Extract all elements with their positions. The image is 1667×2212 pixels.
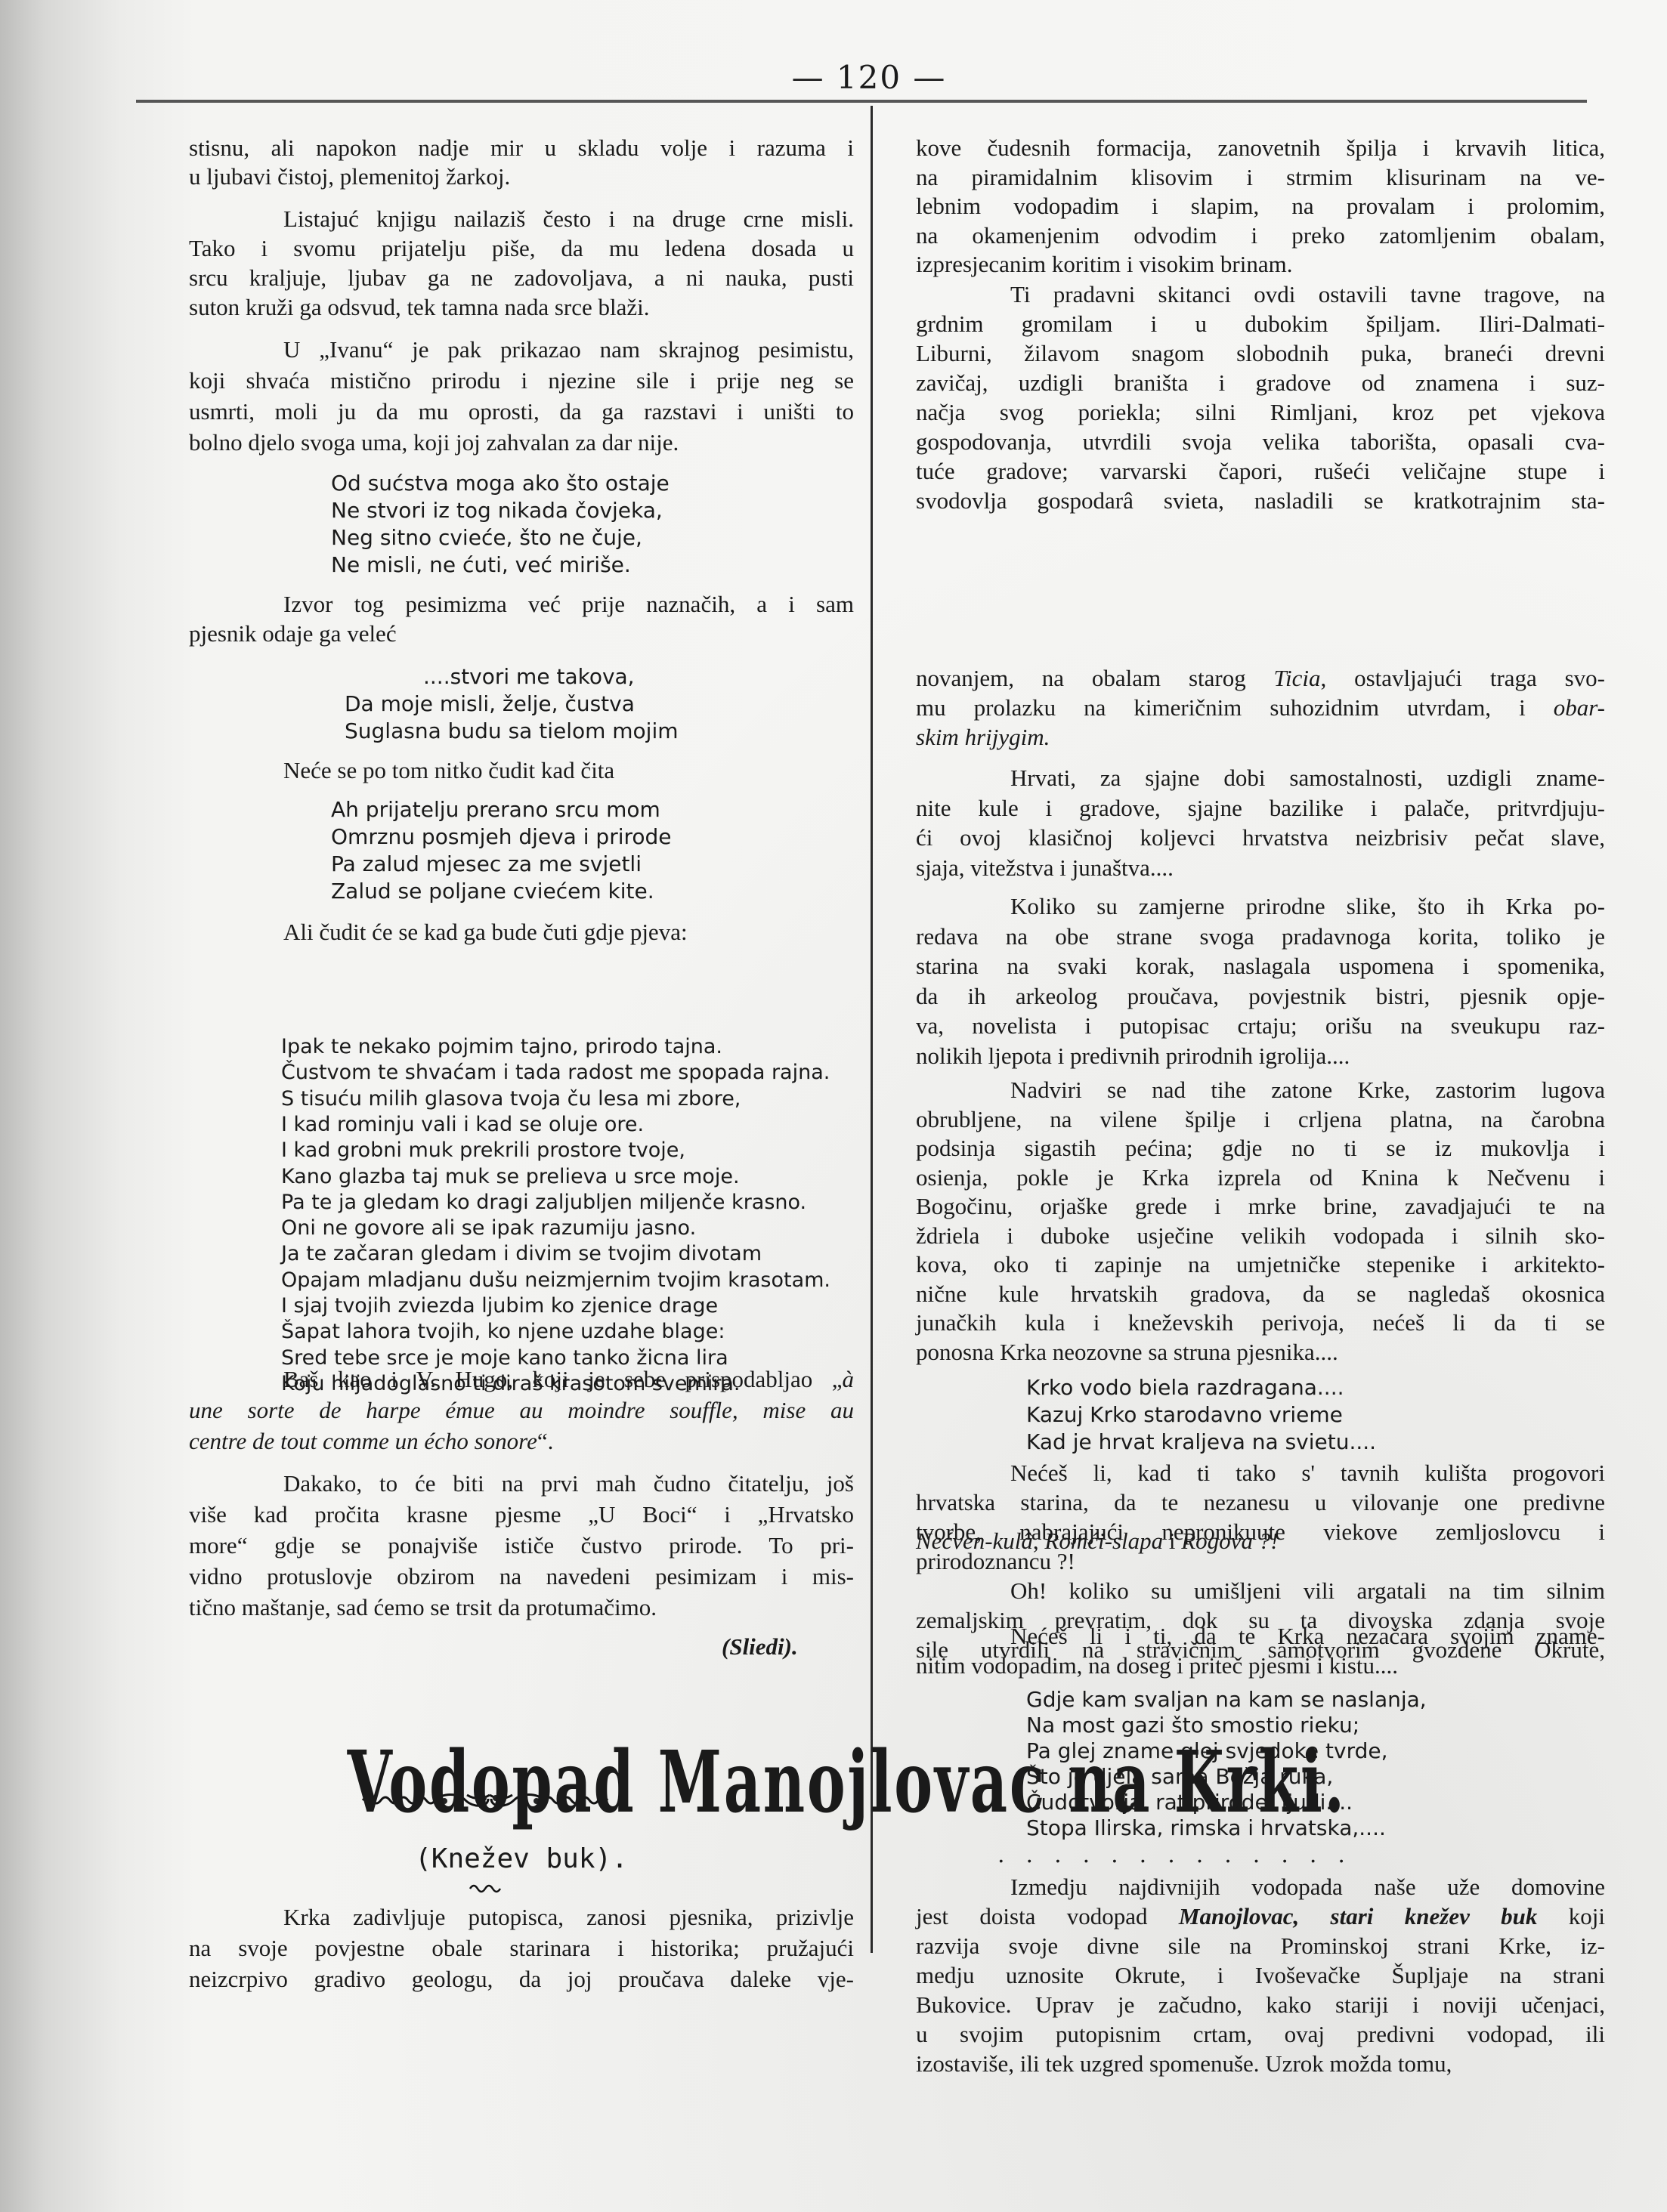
text-line: stisnu, ali napokon nadje mir u skladu v… [189, 133, 854, 163]
text-line: suton kruži ga odsvud, tek tamna nada sr… [189, 292, 854, 323]
text-line: Izmedju najdivnijih vodopada naše uže do… [916, 1872, 1605, 1902]
text-line: obrubljene, na vilene špilje i crljena p… [916, 1104, 1605, 1135]
text-line: une sorte de harpe émue au moindre souff… [189, 1395, 854, 1426]
continued-note: (Sliedi). [722, 1632, 798, 1662]
text-line: ći ovoj klasičnoj koljevci hrvatstva nei… [916, 823, 1605, 853]
dot: . [1338, 1842, 1345, 1868]
text-line: kove čudesnih formacija, zanovetnih špil… [916, 133, 1605, 163]
text-line: vidno protuslovje obzirom na navedeni pe… [189, 1562, 854, 1592]
poem-line: ....stvori me takova, [423, 662, 635, 692]
poem-line: I kad grobni muk prekrili prostore tvoje… [281, 1135, 685, 1166]
text-line: u svojim putopisnim crtam, ovaj predivni… [916, 2019, 1605, 2050]
dot: . [1054, 1842, 1062, 1868]
poem-line: Ne stvori iz tog nikada čovjeka, [331, 496, 663, 526]
text-line: Tako i svomu prijatelju piše, da mu lede… [189, 233, 854, 264]
dot: . [1111, 1842, 1118, 1868]
text-line: neizcrpivo gradivo geologu, da joj prouč… [189, 1964, 854, 1994]
text-line: centre de tout comme un écho sonore“. [189, 1426, 854, 1457]
text-line: srcu kraljuje, ljubav ga ne zadovoljava,… [189, 263, 854, 293]
poem-line: Neg sitno cvieće, što ne čuje, [331, 523, 642, 553]
text-line: nične kule hrvatskih gradova, da se nagl… [916, 1279, 1605, 1309]
text-line: gospodovanja, utvrdili svoja velika tabo… [916, 427, 1605, 457]
text-line: tično maštanje, sad ćemo se trsit da pro… [189, 1593, 854, 1623]
text-line: načja svog poriekla; silni Rimljani, kro… [916, 397, 1605, 428]
text-line: medju uznosite Okrute, i Ivoševačke Šupl… [916, 1960, 1605, 1991]
text-line: redava na obe strane svoga pradavnoga ko… [916, 922, 1605, 952]
poem-line: Šapat lahora tvojih, ko njene uzdahe bla… [281, 1317, 725, 1347]
poem-line: Ne misli, ne ćuti, već miriše. [331, 550, 631, 580]
poem-line: Čustvom te shvaćam i tada radost me spop… [281, 1058, 830, 1088]
text-line: hrvatska starina, da te nezanesu u vilov… [916, 1488, 1605, 1518]
text-line: Liburni, žilavom snagom slobodnih puka, … [916, 338, 1605, 369]
article-subtitle: (Knežev buk). [189, 1843, 854, 1874]
dot: . [1083, 1842, 1090, 1868]
text-line: Oh! koliko su umišljeni vili argatali na… [916, 1576, 1605, 1606]
text-line: kova, oko ti zapinje na umjetničke stepe… [916, 1250, 1605, 1280]
text-line: bolno djelo svoga uma, koji joj zahvalan… [189, 428, 854, 458]
dot: . [1168, 1842, 1175, 1868]
text-line: tuće gradove; varvarski čapori, rušeći v… [916, 456, 1605, 487]
separator-dots: ............. [997, 1842, 1345, 1868]
text-line: nolikih ljepota i predivnih prirodnih ig… [916, 1041, 1605, 1071]
text-line: jest doista vodopad Manojlovac, stari kn… [916, 1902, 1605, 1932]
poem-line: Suglasna budu sa tielom mojim [345, 716, 679, 746]
text-line: grdnim gromilam i u dubokim špiljam. Ili… [916, 309, 1605, 339]
dot: . [1140, 1842, 1147, 1868]
poem-line: Omrznu posmjeh djeva i prirode [331, 822, 672, 852]
text-line: U „Ivanu“ je pak prikazao nam skrajnog p… [189, 335, 854, 365]
text-line: koji shvaća mistično prirodu i njezine s… [189, 366, 854, 396]
poem-line: Kad je hrvat kraljeva na svietu.... [1026, 1427, 1376, 1457]
text-line: Hrvati, za sjajne dobi samostalnosti, uz… [916, 763, 1605, 793]
text-line: more“ gdje se ponajviše ističe čustvo pr… [189, 1531, 854, 1561]
text-line: lebnim vodopadim i slapim, na provalam i… [916, 191, 1605, 221]
small-wave-icon [469, 1881, 506, 1893]
text-line: novanjem, na obalam starog Ticia, ostavl… [916, 663, 1605, 694]
text-line: mu prolazku na kimeričnim suhozidnim utv… [916, 693, 1605, 723]
text-line: na piramidalnim klisovim i strmim klisur… [916, 162, 1605, 193]
text-line: zavičaj, uzdigli braništa i gradove od z… [916, 368, 1605, 398]
text-line: izostaviše, ili tek uzgred spomenuše. Uz… [916, 2049, 1605, 2079]
text-line: ždriela i duboke usječine velikih vodopa… [916, 1221, 1605, 1251]
text-line: Dakako, to će biti na prvi mah čudno čit… [189, 1469, 854, 1499]
text-line: Ti pradavni skitanci ovdi ostavili tavne… [916, 280, 1605, 310]
poem-line: Pa zalud mjesec za me svjetli [331, 849, 642, 879]
text-line: više kad pročita krasne pjesme „U Boci“ … [189, 1500, 854, 1530]
text-line: Krka zadivljuje putopisca, zanosi pjesni… [189, 1902, 854, 1932]
text-line: Neće se po tom nitko čudit kad čita [189, 755, 854, 786]
dot: . [997, 1842, 1005, 1868]
dot: . [1310, 1842, 1317, 1868]
text-line: skim hrijygim. [916, 722, 1605, 752]
text-line: sjaja, vitežstva i junaštva.... [916, 853, 1605, 883]
dot: . [1224, 1842, 1232, 1868]
text-line: Koliko su zamjerne prirodne slike, što i… [916, 891, 1605, 922]
text-line: osienja, pokle je Krka izprela od Knina … [916, 1163, 1605, 1193]
text-line: usmrti, moli ju da mu oprosti, da ga raz… [189, 397, 854, 427]
page-number: — 120 — [786, 59, 952, 96]
dot: . [1196, 1842, 1204, 1868]
article-title: Vodopad Manojlovac na Krki. [348, 1730, 764, 1836]
poem-line: Ah prijatelju prerano srcu mom [331, 795, 660, 825]
poem-line: Da moje misli, želje, čustva [345, 689, 635, 719]
text-line: da ih arkeolog proučava, povjestnik bist… [916, 981, 1605, 1012]
text-line: va, novelista i putopisac crtaju; orišu … [916, 1011, 1605, 1041]
header-rule [136, 100, 1587, 103]
poem-line: Kazuj Krko starodavno vrieme [1026, 1400, 1343, 1430]
text-line: Listajuć knjigu nailaziš često i na drug… [189, 204, 854, 234]
text-line: na okamenjenim odvodim i preko zatomljen… [916, 221, 1605, 251]
dot: . [1253, 1842, 1260, 1868]
poem-line: Od sućstva moga ako što ostaje [331, 468, 670, 499]
text-line: ponosna Krka neozovne sa struna pjesnika… [916, 1337, 1605, 1367]
poem-line: Ja te začaran gledam i divim se tvojim d… [281, 1239, 762, 1269]
text-line: nite kule i gradove, sjajne bazilike i p… [916, 793, 1605, 823]
poem-line: Krko vodo biela razdragana.... [1026, 1373, 1344, 1403]
text-line: svodovlja gospodarâ svieta, nasladili se… [916, 486, 1605, 516]
text-line: Nećeš li i ti, da te Krka nezačara svoji… [916, 1621, 1605, 1651]
text-line: pjesnik odaje ga veleć [189, 619, 854, 649]
text-line: starina na svaki korak, naslagala uspome… [916, 951, 1605, 981]
text-line: izpresjecanim koritim i visokim brinam. [916, 249, 1605, 280]
text-line: Izvor tog pesimizma već prije naznačih, … [189, 589, 854, 619]
text-line: Nećeš li, kad ti tako s' tavnih kulišta … [916, 1458, 1605, 1488]
text-line: Bogočinu, orjaške grede i mrke brine, za… [916, 1191, 1605, 1222]
text-line: Nećven-kulâ, Romći-slapa i Rogova ?! [916, 1526, 1605, 1556]
text-line: Ali čudit će se kad ga bude čuti gdje pj… [189, 917, 854, 947]
text-line: u ljubavi čistoj, plemenitoj žarkoj. [189, 162, 854, 192]
column-divider [871, 106, 873, 1953]
dot: . [1026, 1842, 1034, 1868]
text-line: Bukovice. Uprav je začudno, kako stariji… [916, 1990, 1605, 2020]
dot: . [1281, 1842, 1288, 1868]
poem-line: Zalud se poljane cviećem kite. [331, 876, 654, 907]
text-line: Nadviri se nad tihe zatone Krke, zastori… [916, 1075, 1605, 1105]
poem-line: Stopa Ilirska, rimska i hrvatska,.... [1026, 1813, 1386, 1843]
text-line: podsinja sigastih pećina; gdje no ti se … [916, 1133, 1605, 1163]
text-line: junačkih kula i kneževskih perivoja, neć… [916, 1308, 1605, 1338]
text-line: razvija svoje divne sile na Prominskoj s… [916, 1931, 1605, 1961]
text-line: nitim vodopadim, na doseg i priteč pjesm… [916, 1651, 1605, 1681]
text-line: na svoje povjestne obale starinara i his… [189, 1933, 854, 1963]
text-line: Baš kao i V. Hugo, koji je sebe prispoda… [189, 1364, 854, 1395]
